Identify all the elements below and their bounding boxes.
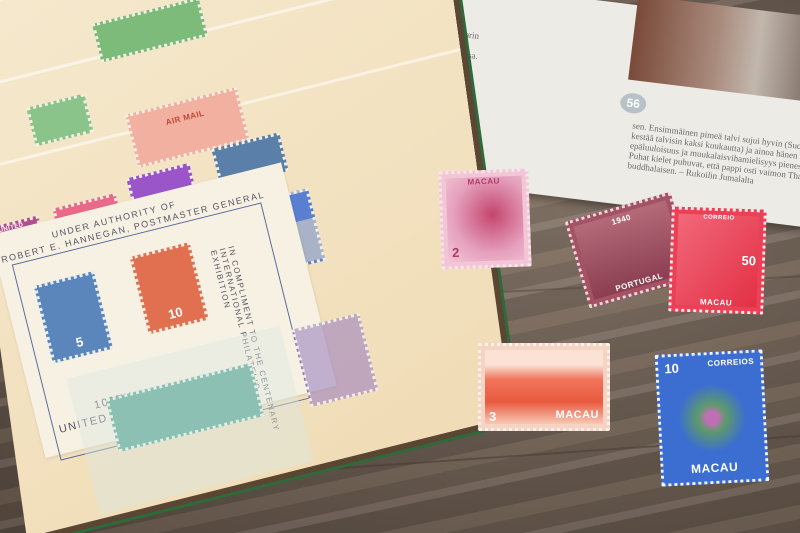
macau-stamp-50-avos: CORREIO 50 MACAU [668, 206, 767, 314]
page-number-badge: 56 [619, 92, 647, 115]
macau-stamp-2-avos: MACAU 2 [438, 168, 531, 269]
macau-stamp-10-avos-flower: 10 CORREIOS MACAU [655, 349, 770, 486]
album-strip [0, 0, 449, 92]
newspaper-photo [628, 0, 800, 105]
album-strip [0, 0, 438, 13]
macau-stamp-3-avos: . 3 MACAU [478, 343, 610, 431]
